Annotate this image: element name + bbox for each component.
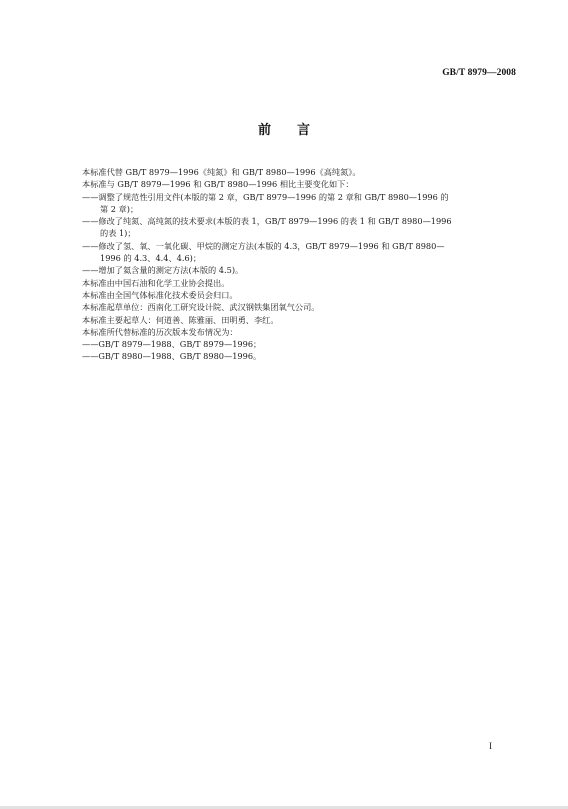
page-title: 前言 — [0, 119, 568, 138]
statement-drafting-units: 本标准起草单位：西南化工研究设计院、武汉钢铁集团氧气公司。 — [82, 301, 502, 313]
history-item: ——GB/T 8979—1988、GB/T 8979—1996； — [82, 338, 502, 350]
change-item-continuation: 1996 的 4.3、4.4、4.6)； — [82, 252, 502, 264]
change-item: ——修改了纯氮、高纯氮的技术要求(本版的表 1，GB/T 8979—1996 的… — [82, 215, 502, 240]
statement-drafters: 本标准主要起草人：何道善、陈雅丽、田明勇、李红。 — [82, 314, 502, 326]
change-item: ——增加了氦含量的测定方法(本版的 4.5)。 — [82, 264, 502, 276]
change-item-line: ——修改了氢、氧、一氧化碳、甲烷的测定方法(本版的 4.3，GB/T 8979—… — [82, 240, 502, 252]
change-item: ——修改了氢、氧、一氧化碳、甲烷的测定方法(本版的 4.3，GB/T 8979—… — [82, 240, 502, 265]
paragraph-replaces: 本标准代替 GB/T 8979—1996《纯氮》和 GB/T 8980—1996… — [82, 166, 502, 178]
page-number: I — [489, 741, 492, 751]
change-item-continuation: 的表 1)； — [82, 227, 502, 239]
change-item-continuation: 第 2 章)； — [82, 203, 502, 215]
history-item: ——GB/T 8980—1988、GB/T 8980—1996。 — [82, 350, 502, 362]
change-item-line: ——修改了纯氮、高纯氮的技术要求(本版的表 1，GB/T 8979—1996 的… — [82, 215, 502, 227]
statement-committee: 本标准由全国气体标准化技术委员会归口。 — [82, 289, 502, 301]
change-item-line: ——调整了规范性引用文件(本版的第 2 章，GB/T 8979—1996 的第 … — [82, 191, 502, 203]
paragraph-changes-intro: 本标准与 GB/T 8979—1996 和 GB/T 8980—1996 相比主… — [82, 178, 502, 190]
statement-proposer: 本标准由中国石油和化学工业协会提出。 — [82, 277, 502, 289]
change-item: ——调整了规范性引用文件(本版的第 2 章，GB/T 8979—1996 的第 … — [82, 191, 502, 216]
change-item-line: ——增加了氦含量的测定方法(本版的 4.5)。 — [82, 264, 502, 276]
foreword-body: 本标准代替 GB/T 8979—1996《纯氮》和 GB/T 8980—1996… — [82, 166, 502, 363]
statement-history-intro: 本标准所代替标准的历次版本发布情况为： — [82, 326, 502, 338]
standard-code-header: GB/T 8979—2008 — [442, 68, 516, 78]
document-page: GB/T 8979—2008 前言 本标准代替 GB/T 8979—1996《纯… — [0, 0, 568, 809]
